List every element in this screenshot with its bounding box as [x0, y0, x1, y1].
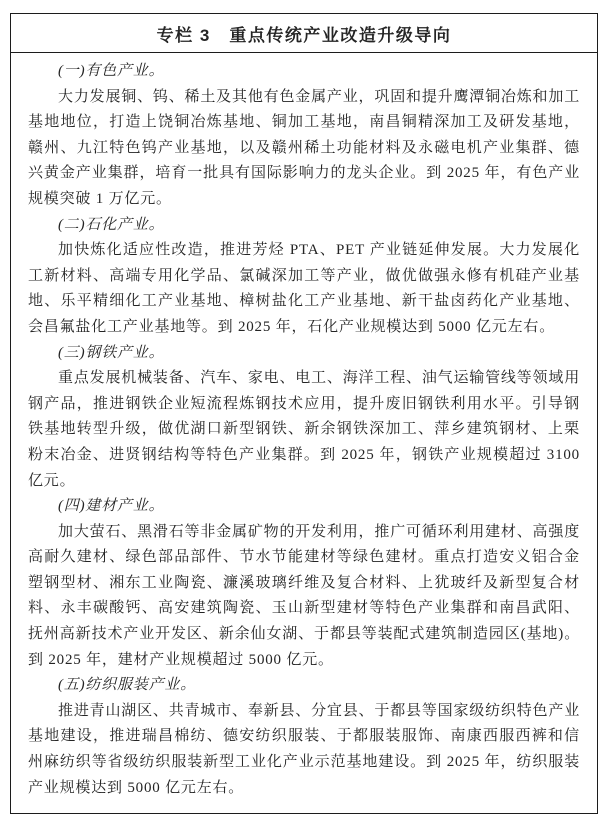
document-page: 专栏 3 重点传统产业改造升级导向 (一)有色产业。 大力发展铜、钨、稀土及其他…: [0, 13, 607, 814]
section-heading: (三)钢铁产业。: [28, 341, 580, 367]
section-paragraph: 加大萤石、黑滑石等非金属矿物的开发利用，推广可循环利用建材、高强度高耐久建材、绿…: [28, 520, 580, 674]
section-paragraph: 加快炼化适应性改造，推进芳烃 PTA、PET 产业链延伸发展。大力发展化工新材料…: [28, 238, 580, 340]
section-nonferrous-industry: (一)有色产业。 大力发展铜、钨、稀土及其他有色金属产业，巩固和提升鹰潭铜冶炼和…: [28, 59, 580, 213]
section-heading: (一)有色产业。: [28, 59, 580, 85]
section-paragraph: 推进青山湖区、共青城市、奉新县、分宜县、于都县等国家级纺织特色产业基地建设，推进…: [28, 699, 580, 801]
section-petrochemical-industry: (二)石化产业。 加快炼化适应性改造，推进芳烃 PTA、PET 产业链延伸发展。…: [28, 213, 580, 341]
section-steel-industry: (三)钢铁产业。 重点发展机械装备、汽车、家电、电工、海洋工程、油气运输管线等领…: [28, 341, 580, 495]
panel-title: 专栏 3 重点传统产业改造升级导向: [11, 14, 597, 53]
section-heading: (二)石化产业。: [28, 213, 580, 239]
feature-box: 专栏 3 重点传统产业改造升级导向 (一)有色产业。 大力发展铜、钨、稀土及其他…: [10, 13, 598, 814]
section-building-materials-industry: (四)建材产业。 加大萤石、黑滑石等非金属矿物的开发利用，推广可循环利用建材、高…: [28, 494, 580, 673]
panel-body: (一)有色产业。 大力发展铜、钨、稀土及其他有色金属产业，巩固和提升鹰潭铜冶炼和…: [11, 53, 597, 813]
section-textile-apparel-industry: (五)纺织服装产业。 推进青山湖区、共青城市、奉新县、分宜县、于都县等国家级纺织…: [28, 673, 580, 801]
section-heading: (四)建材产业。: [28, 494, 580, 520]
section-paragraph: 重点发展机械装备、汽车、家电、电工、海洋工程、油气运输管线等领域用钢产品，推进钢…: [28, 366, 580, 494]
section-paragraph: 大力发展铜、钨、稀土及其他有色金属产业，巩固和提升鹰潭铜冶炼和加工基地地位，打造…: [28, 85, 580, 213]
section-heading: (五)纺织服装产业。: [28, 673, 580, 699]
